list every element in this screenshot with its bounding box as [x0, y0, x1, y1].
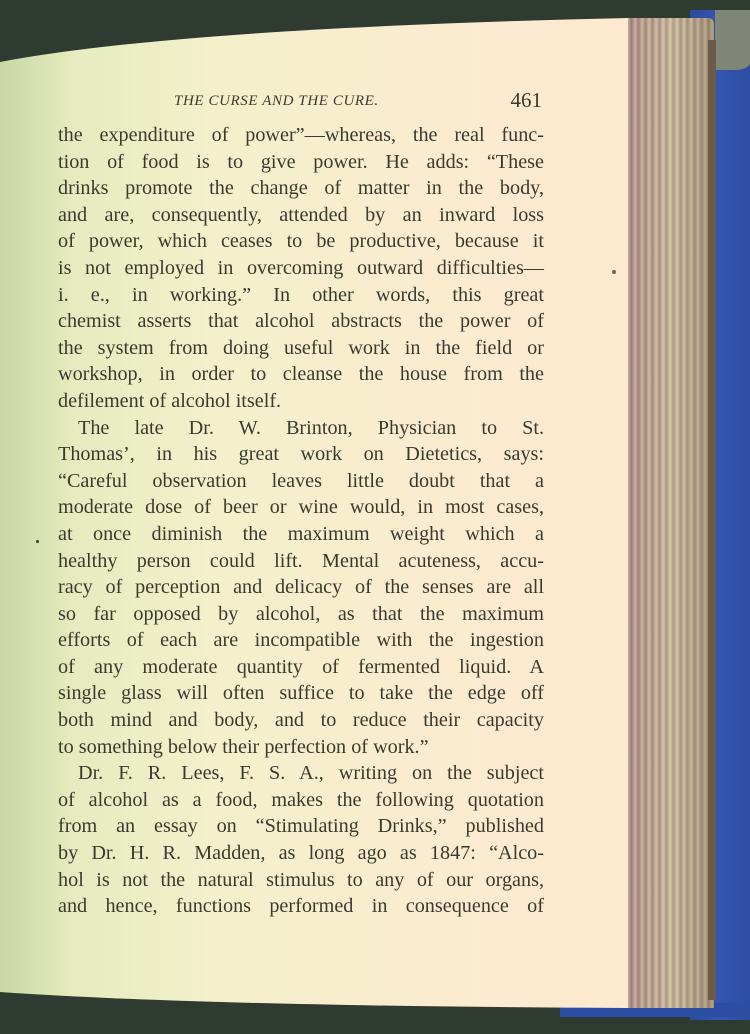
text-line: single glass will often suffice to take …: [58, 680, 544, 707]
page-edges-stack: [624, 18, 714, 1008]
paragraph: the expenditure of power”—whereas, the r…: [58, 122, 544, 415]
text-line: moderate dose of beer or wine would, in …: [58, 494, 544, 521]
cover-corner-wear: [715, 10, 750, 70]
text-line: defilement of alcohol itself.: [58, 388, 544, 415]
text-line: from an essay on “Stimulating Drinks,” p…: [58, 813, 544, 840]
text-line: i. e., in working.” In other words, this…: [58, 282, 544, 309]
text-line: both mind and body, and to reduce their …: [58, 707, 544, 734]
text-line: efforts of each are incompatible with th…: [58, 627, 544, 654]
paper-spot: [36, 540, 39, 543]
text-line: chemist asserts that alcohol abstracts t…: [58, 308, 544, 335]
text-line: Dr. F. R. Lees, F. S. A., writing on the…: [58, 760, 544, 787]
page-number: 461: [511, 88, 543, 113]
text-line: of alcohol as a food, makes the followin…: [58, 787, 544, 814]
body-text: the expenditure of power”—whereas, the r…: [58, 122, 544, 920]
text-line: drinks promote the change of matter in t…: [58, 175, 544, 202]
text-line: of any moderate quantity of fermented li…: [58, 654, 544, 681]
text-line: racy of perception and delicacy of the s…: [58, 574, 544, 601]
text-line: the system from doing useful work in the…: [58, 335, 544, 362]
text-line: The late Dr. W. Brinton, Physician to St…: [58, 415, 544, 442]
text-line: to something below their perfection of w…: [58, 734, 544, 761]
text-line: tion of food is to give power. He adds: …: [58, 149, 544, 176]
running-head: THE CURSE AND THE CURE. 461: [58, 88, 544, 122]
page-content: THE CURSE AND THE CURE. 461 the expendit…: [58, 88, 544, 920]
text-line: the expenditure of power”—whereas, the r…: [58, 122, 544, 149]
text-line: hol is not the natural stimulus to any o…: [58, 867, 544, 894]
text-line: at once diminish the maximum weight whic…: [58, 521, 544, 548]
text-line: and hence, functions performed in conseq…: [58, 893, 544, 920]
text-line: “Careful observation leaves little doubt…: [58, 468, 544, 495]
paper-spot: [612, 270, 616, 274]
text-line: so far opposed by alcohol, as that the m…: [58, 601, 544, 628]
book-page: THE CURSE AND THE CURE. 461 the expendit…: [0, 0, 628, 1034]
text-line: and are, consequently, attended by an in…: [58, 202, 544, 229]
text-line: is not employed in overcoming outward di…: [58, 255, 544, 282]
paragraph: The late Dr. W. Brinton, Physician to St…: [58, 415, 544, 761]
text-line: by Dr. H. R. Madden, as long ago as 1847…: [58, 840, 544, 867]
paragraph: Dr. F. R. Lees, F. S. A., writing on the…: [58, 760, 544, 920]
text-line: workshop, in order to cleanse the house …: [58, 361, 544, 388]
text-line: of power, which ceases to be productive,…: [58, 228, 544, 255]
running-title: THE CURSE AND THE CURE.: [174, 93, 379, 110]
text-line: healthy person could lift. Mental acuten…: [58, 548, 544, 575]
text-line: Thomas’, in his great work on Dietetics,…: [58, 441, 544, 468]
page-edges-rim: [708, 40, 716, 1000]
